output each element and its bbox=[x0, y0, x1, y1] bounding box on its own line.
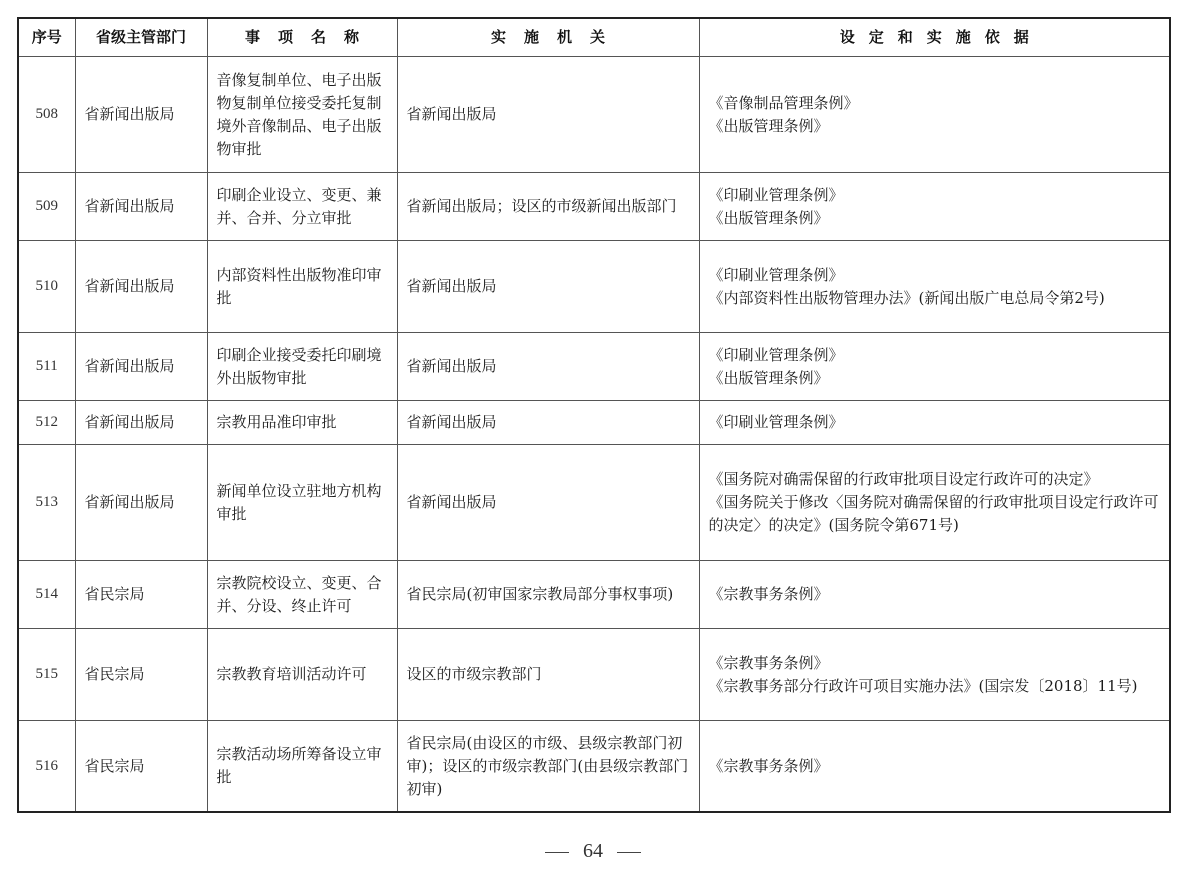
cell-item-name: 宗教用品准印审批 bbox=[207, 401, 397, 445]
cell-legal-basis: 《国务院对确需保留的行政审批项目设定行政许可的决定》 《国务院关于修改〈国务院对… bbox=[699, 445, 1170, 561]
basis-line: 《印刷业管理条例》 bbox=[709, 411, 1161, 434]
basis-line: 《印刷业管理条例》 bbox=[709, 264, 1161, 287]
cell-department: 省民宗局 bbox=[75, 629, 207, 721]
cell-item-name: 内部资料性出版物准印审批 bbox=[207, 241, 397, 333]
cell-serial-number: 516 bbox=[18, 721, 75, 813]
cell-department: 省新闻出版局 bbox=[75, 401, 207, 445]
cell-legal-basis: 《印刷业管理条例》 《出版管理条例》 bbox=[699, 173, 1170, 241]
table-row: 516 省民宗局 宗教活动场所筹备设立审批 省民宗局(由设区的市级、县级宗教部门… bbox=[18, 721, 1170, 813]
cell-serial-number: 512 bbox=[18, 401, 75, 445]
cell-serial-number: 514 bbox=[18, 561, 75, 629]
cell-legal-basis: 《印刷业管理条例》 《出版管理条例》 bbox=[699, 333, 1170, 401]
cell-implementing-agency: 设区的市级宗教部门 bbox=[397, 629, 699, 721]
table-row: 513 省新闻出版局 新闻单位设立驻地方机构审批 省新闻出版局 《国务院对确需保… bbox=[18, 445, 1170, 561]
header-item-name: 事项名称 bbox=[207, 18, 397, 57]
cell-serial-number: 508 bbox=[18, 57, 75, 173]
administrative-approval-table: 序号 省级主管部门 事项名称 实施机关 设定和实施依据 508 省新闻出版局 音… bbox=[17, 17, 1171, 813]
cell-legal-basis: 《宗教事务条例》 bbox=[699, 561, 1170, 629]
basis-line: 《印刷业管理条例》 bbox=[709, 184, 1161, 207]
cell-implementing-agency: 省新闻出版局 bbox=[397, 445, 699, 561]
cell-item-name: 宗教活动场所筹备设立审批 bbox=[207, 721, 397, 813]
cell-serial-number: 513 bbox=[18, 445, 75, 561]
cell-item-name: 宗教教育培训活动许可 bbox=[207, 629, 397, 721]
basis-line: 《出版管理条例》 bbox=[709, 367, 1161, 390]
cell-department: 省新闻出版局 bbox=[75, 445, 207, 561]
cell-department: 省民宗局 bbox=[75, 561, 207, 629]
table-row: 515 省民宗局 宗教教育培训活动许可 设区的市级宗教部门 《宗教事务条例》 《… bbox=[18, 629, 1170, 721]
basis-line: 《宗教事务条例》 bbox=[709, 652, 1161, 675]
cell-department: 省新闻出版局 bbox=[75, 241, 207, 333]
table-header-row: 序号 省级主管部门 事项名称 实施机关 设定和实施依据 bbox=[18, 18, 1170, 57]
cell-item-name: 新闻单位设立驻地方机构审批 bbox=[207, 445, 397, 561]
cell-legal-basis: 《印刷业管理条例》 《内部资料性出版物管理办法》(新闻出版广电总局令第2号) bbox=[699, 241, 1170, 333]
basis-line: 《出版管理条例》 bbox=[709, 207, 1161, 230]
basis-line: 《国务院关于修改〈国务院对确需保留的行政审批项目设定行政许可的决定〉的决定》(国… bbox=[709, 491, 1161, 537]
cell-legal-basis: 《音像制品管理条例》 《出版管理条例》 bbox=[699, 57, 1170, 173]
basis-line: 《音像制品管理条例》 bbox=[709, 92, 1161, 115]
table-row: 514 省民宗局 宗教院校设立、变更、合并、分设、终止许可 省民宗局(初审国家宗… bbox=[18, 561, 1170, 629]
document-page: 序号 省级主管部门 事项名称 实施机关 设定和实施依据 508 省新闻出版局 音… bbox=[0, 0, 1186, 883]
cell-item-name: 宗教院校设立、变更、合并、分设、终止许可 bbox=[207, 561, 397, 629]
cell-department: 省新闻出版局 bbox=[75, 333, 207, 401]
header-serial-number: 序号 bbox=[18, 18, 75, 57]
cell-serial-number: 510 bbox=[18, 241, 75, 333]
basis-line: 《宗教事务条例》 bbox=[709, 583, 1161, 606]
cell-item-name: 印刷企业设立、变更、兼并、合并、分立审批 bbox=[207, 173, 397, 241]
table-row: 512 省新闻出版局 宗教用品准印审批 省新闻出版局 《印刷业管理条例》 bbox=[18, 401, 1170, 445]
cell-serial-number: 509 bbox=[18, 173, 75, 241]
dash-right bbox=[617, 852, 641, 853]
basis-line: 《印刷业管理条例》 bbox=[709, 344, 1161, 367]
dash-left bbox=[545, 852, 569, 853]
cell-item-name: 印刷企业接受委托印刷境外出版物审批 bbox=[207, 333, 397, 401]
page-number: 64 bbox=[583, 840, 603, 862]
cell-department: 省新闻出版局 bbox=[75, 57, 207, 173]
basis-line: 《内部资料性出版物管理办法》(新闻出版广电总局令第2号) bbox=[709, 287, 1161, 310]
cell-department: 省民宗局 bbox=[75, 721, 207, 813]
cell-implementing-agency: 省民宗局(初审国家宗教局部分事权事项) bbox=[397, 561, 699, 629]
cell-legal-basis: 《印刷业管理条例》 bbox=[699, 401, 1170, 445]
cell-implementing-agency: 省新闻出版局 bbox=[397, 333, 699, 401]
page-footer: 64 bbox=[0, 840, 1186, 863]
basis-line: 《国务院对确需保留的行政审批项目设定行政许可的决定》 bbox=[709, 468, 1161, 491]
cell-implementing-agency: 省民宗局(由设区的市级、县级宗教部门初审)；设区的市级宗教部门(由县级宗教部门初… bbox=[397, 721, 699, 813]
cell-implementing-agency: 省新闻出版局 bbox=[397, 57, 699, 173]
cell-implementing-agency: 省新闻出版局 bbox=[397, 401, 699, 445]
header-department: 省级主管部门 bbox=[75, 18, 207, 57]
cell-legal-basis: 《宗教事务条例》 bbox=[699, 721, 1170, 813]
header-implementing-agency: 实施机关 bbox=[397, 18, 699, 57]
cell-implementing-agency: 省新闻出版局 bbox=[397, 241, 699, 333]
table-row: 509 省新闻出版局 印刷企业设立、变更、兼并、合并、分立审批 省新闻出版局；设… bbox=[18, 173, 1170, 241]
cell-department: 省新闻出版局 bbox=[75, 173, 207, 241]
cell-serial-number: 511 bbox=[18, 333, 75, 401]
table-row: 510 省新闻出版局 内部资料性出版物准印审批 省新闻出版局 《印刷业管理条例》… bbox=[18, 241, 1170, 333]
basis-line: 《宗教事务部分行政许可项目实施办法》(国宗发〔2018〕11号) bbox=[709, 675, 1161, 698]
header-legal-basis: 设定和实施依据 bbox=[699, 18, 1170, 57]
basis-line: 《出版管理条例》 bbox=[709, 115, 1161, 138]
cell-legal-basis: 《宗教事务条例》 《宗教事务部分行政许可项目实施办法》(国宗发〔2018〕11号… bbox=[699, 629, 1170, 721]
cell-implementing-agency: 省新闻出版局；设区的市级新闻出版部门 bbox=[397, 173, 699, 241]
cell-serial-number: 515 bbox=[18, 629, 75, 721]
basis-line: 《宗教事务条例》 bbox=[709, 755, 1161, 778]
table-row: 508 省新闻出版局 音像复制单位、电子出版物复制单位接受委托复制境外音像制品、… bbox=[18, 57, 1170, 173]
table-row: 511 省新闻出版局 印刷企业接受委托印刷境外出版物审批 省新闻出版局 《印刷业… bbox=[18, 333, 1170, 401]
cell-item-name: 音像复制单位、电子出版物复制单位接受委托复制境外音像制品、电子出版物审批 bbox=[207, 57, 397, 173]
